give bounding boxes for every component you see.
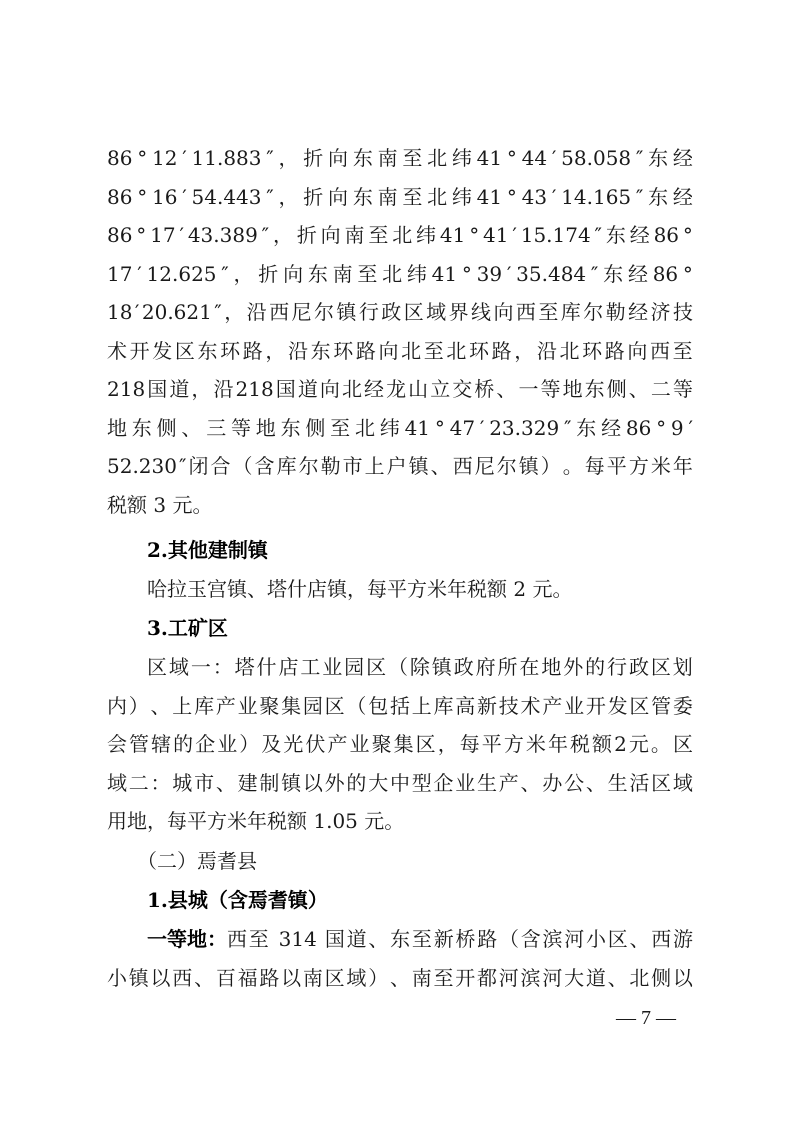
- body-line: 18′20.621″，沿西尼尔镇行政区域界线向西至库尔勒经济技: [107, 297, 693, 327]
- body-line: 会管辖的企业）及光伏产业聚集区，每平方米年税额2元。区: [107, 729, 693, 759]
- body-line-first-grade: 一等地： 西至 314 国道、东至新桥路（含滨河小区、西游: [147, 924, 693, 954]
- body-line: 税额 3 元。: [107, 490, 693, 520]
- body-line: 地东侧、三等地东侧至北纬41°47′23.329″东经86°9′: [107, 413, 693, 443]
- body-line: 域二：城市、建制镇以外的大中型企业生产、办公、生活区域: [107, 768, 693, 798]
- body-line: 218国道，沿218国道向北经龙山立交桥、一等地东侧、二等: [107, 374, 693, 404]
- body-line: 86°17′43.389″，折向南至北纬41°41′15.174″东经86°: [107, 220, 693, 250]
- body-line: 术开发区东环路，沿东环路向北至北环路，沿北环路向西至: [107, 336, 693, 366]
- subheading-other-towns: 2.其他建制镇: [147, 535, 693, 565]
- body-line: 52.230″闭合（含库尔勒市上户镇、西尼尔镇）。每平方米年: [107, 451, 693, 481]
- body-line: 86°16′54.443″，折向东南至北纬41°43′14.165″东经: [107, 182, 693, 212]
- body-line: 17′12.625″，折向东南至北纬41°39′35.484″东经86°: [107, 259, 693, 289]
- subheading-industrial-mining: 3.工矿区: [147, 613, 693, 643]
- section-heading-yanqi: （二）焉耆县: [137, 846, 683, 876]
- first-grade-label: 一等地：: [147, 924, 227, 954]
- body-line: 哈拉玉宫镇、塔什店镇，每平方米年税额 2 元。: [147, 574, 693, 604]
- page-number: — 7 —: [606, 1004, 686, 1032]
- body-line: 内）、上库产业聚集园区（包括上库高新技术产业开发区管委: [107, 691, 693, 721]
- body-line: 86°12′11.883″，折向东南至北纬41°44′58.058″东经: [107, 143, 693, 173]
- body-line: 用地，每平方米年税额 1.05 元。: [107, 806, 693, 836]
- document-page: 86°12′11.883″，折向东南至北纬41°44′58.058″东经 86°…: [0, 0, 793, 1122]
- subheading-county-town: 1.县城（含焉耆镇）: [147, 885, 693, 915]
- body-line: 区域一：塔什店工业园区（除镇政府所在地外的行政区划: [147, 652, 693, 682]
- body-line: 小镇以西、百福路以南区域）、南至开都河滨河大道、北侧以: [107, 963, 693, 993]
- first-grade-text: 西至 314 国道、东至新桥路（含滨河小区、西游: [227, 924, 693, 954]
